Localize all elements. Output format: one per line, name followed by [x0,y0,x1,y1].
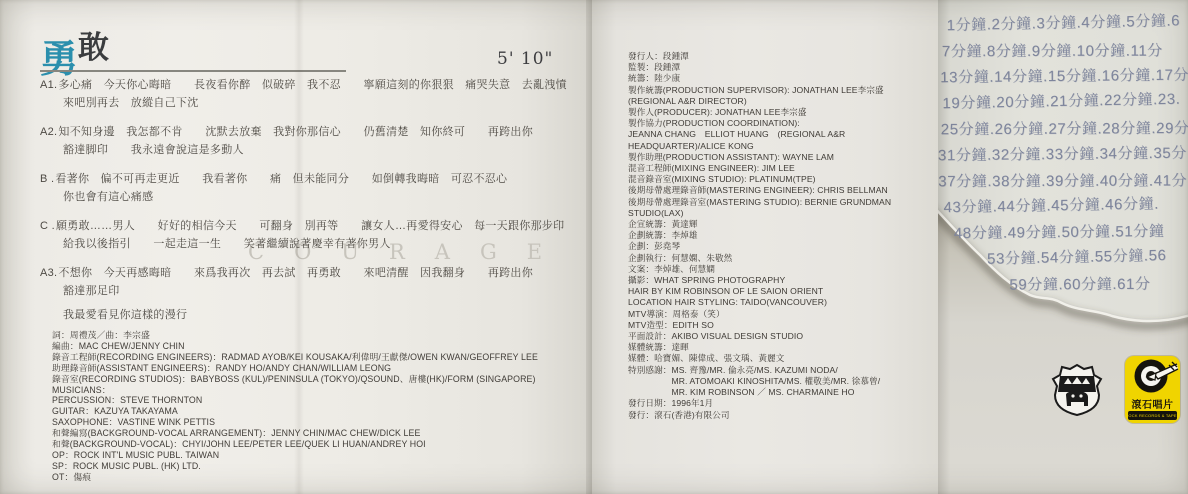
rock-records-logo: 滾石唱片 ROCK RECORDS & TAPES [1125,356,1180,423]
handwritten-minutes: 1分鐘.2分鐘.3分鐘.4分鐘.5分鐘.67分鐘.8分鐘.9分鐘.10分鐘.11… [938,11,1188,300]
song-title-char-2: 敢 [78,22,109,67]
song-credits: 詞：周禮茂／曲：李宗盛編曲：MAC CHEW/JENNY CHIN錄音工程師(R… [52,330,538,483]
text-line: GUITAR：KAZUYA TAKAYAMA [52,406,538,417]
text-line: 43分鐘.44分鐘.45分鐘.46分鐘. [943,191,1188,221]
text-line: 企劃：彭堯琴 [628,241,891,252]
closing-line: 我最愛看見你這樣的漫行 [63,306,187,322]
text-line: 媒體：哈寶媚、陳偉成、張文瑀、黃麗文 [628,353,891,364]
text-line: 錄音工程師(RECORDING ENGINEERS)：RADMAD AYOB/K… [52,352,538,363]
crest-emblem-logo [1051,362,1103,418]
lyrics-verse: A2.知不知身邊 我怎都不肯 沈默去放棄 我對你那信心 仍舊清楚 知你終可 再跨… [40,123,588,159]
credits-page: 發行人：段鍾潭監製：段鍾潭統籌：陸少康製作統籌(PRODUCTION SUPER… [592,0,938,494]
text-line: HEADQUARTER)/ALICE KONG [628,141,891,152]
text-line: 混音錄音室(MIXING STUDIO): PLATINUM(TPE) [628,174,891,185]
text-line: 企劃統籌：李焯雄 [628,230,891,241]
text-line: 文案：李焯雄、何慧嫻 [628,264,891,275]
rock-records-english-name: ROCK RECORDS & TAPES [1125,413,1179,418]
text-line: MUSICIANS： [52,385,538,396]
text-line: 和聲編寫(BACKGROUND-VOCAL ARRANGEMENT)：JENNY… [52,428,538,439]
lyrics-verse: C .願勇敢……男人 好好的相信今天 可翻身 別再等 讓女人…再愛得安心 每一天… [40,217,588,253]
text-line: MTV導演：周格泰（笑） [628,309,891,320]
text-line: 發行日期：1996年1月 [628,398,891,409]
text-line: 1分鐘.2分鐘.3分鐘.4分鐘.5分鐘.6 [946,8,1186,39]
text-line: SP：ROCK MUSIC PUBL. (HK) LTD. [52,461,538,472]
title-rule [40,70,346,72]
text-line: STUDIO(LAX) [628,208,891,219]
text-line: 錄音室(RECORDING STUDIOS)：BABYBOSS (KUL)/PE… [52,374,538,385]
text-line: 19分鐘.20分鐘.21分鐘.22分鐘.23. [942,87,1187,118]
photo-panel: 1分鐘.2分鐘.3分鐘.4分鐘.5分鐘.67分鐘.8分鐘.9分鐘.10分鐘.11… [938,0,1188,494]
text-line: SAXOPHONE：VASTINE WINK PETTIS [52,417,538,428]
text-line: 統籌：陸少康 [628,73,891,84]
song-title: 勇敢 [40,22,109,77]
album-credits: 發行人：段鍾潭監製：段鍾潭統籌：陸少康製作統籌(PRODUCTION SUPER… [628,51,891,421]
text-line: 企宣統籌：黃達輝 [628,219,891,230]
lyrics-verses: A1.多心痛 今天你心晦暗 長夜看你醉 似破碎 我不忍 寧願這刻的你狠狠 痛哭失… [40,76,588,311]
text-line: 平面設計：AKIBO VISUAL DESIGN STUDIO [628,331,891,342]
text-line: 後期母帶處理錄音師(MASTERING ENGINEER): CHRIS BEL… [628,185,891,196]
lyrics-verse: A1.多心痛 今天你心晦暗 長夜看你醉 似破碎 我不忍 寧願這刻的你狠狠 痛哭失… [40,76,588,112]
text-line: 特別感謝：MS. 齊豫/MR. 倫永亮/MS. KAZUMI NODA/ [628,365,891,376]
text-line: LOCATION HAIR STYLING: TAIDO(VANCOUVER) [628,297,891,308]
text-line: MR. ATOMOAKI KINOSHITA/MS. 權敬美/MR. 徐慕曾/ [628,376,891,387]
text-line: 監製：段鍾潭 [628,62,891,73]
lyrics-page: 勇敢 5' 10" COURAGE A1.多心痛 今天你心晦暗 長夜看你醉 似破… [0,0,592,494]
text-line: JEANNA CHANG ELLIOT HUANG (REGIONAL A&R [628,129,891,140]
text-line: 媒體統籌：達暉 [628,342,891,353]
text-line: OT：傷痕 [52,472,538,483]
text-line: 助理錄音師(ASSISTANT ENGINEERS)：RANDY HO/ANDY… [52,363,538,374]
verse-label: A3. [40,267,57,279]
text-line: 詞：周禮茂／曲：李宗盛 [52,330,538,341]
lyrics-verse: A3.不想你 今天再感晦暗 來爲我再次 再去試 再勇敢 來吧清醒 因我翻身 再跨… [40,264,588,300]
text-line: HAIR BY KIM ROBINSON OF LE SAION ORIENT [628,286,891,297]
verse-label: C . [40,220,55,232]
text-line: 攝影：WHAT SPRING PHOTOGRAPHY [628,275,891,286]
text-line: 和聲(BACKGROUND-VOCAL)：CHYI/JOHN LEE/PETER… [52,439,538,450]
text-line: 發行：滾石(香港)有限公司 [628,410,891,421]
lyrics-verse: B .看著你 偏不可再走更近 我看著你 痛 但未能同分 如倒轉我晦暗 可忍不忍心… [40,170,588,206]
rock-target-arrow-icon [1125,356,1180,396]
text-line: 製作統籌(PRODUCTION SUPERVISOR): JONATHAN LE… [628,85,891,96]
text-line: 59分鐘.60分鐘.61分 [1009,272,1188,299]
text-line: 7分鐘.8分鐘.9分鐘.10分鐘.11分 [942,38,1187,65]
verse-label: B . [40,173,54,185]
text-line: MTV造型：EDITH SO [628,320,891,331]
text-line: MR. KIM ROBINSON ／ MS. CHARMAINE HO [628,387,891,398]
text-line: 製作助理(PRODUCTION ASSISTANT): WAYNE LAM [628,152,891,163]
text-line: 企劃執行：何慧嫻、朱敬然 [628,253,891,264]
text-line: 發行人：段鍾潭 [628,51,891,62]
text-line: 編曲：MAC CHEW/JENNY CHIN [52,341,538,352]
text-line: (REGIONAL A&R DIRECTOR) [628,96,891,107]
text-line: PERCUSSION：STEVE THORNTON [52,395,538,406]
text-line: 53分鐘.54分鐘.55分鐘.56 [987,243,1188,273]
rock-records-chinese-name: 滾石唱片 [1125,396,1180,411]
song-duration: 5' 10" [497,49,553,69]
verse-label: A2. [40,126,57,138]
text-line: 製作人(PRODUCER): JONATHAN LEE李宗盛 [628,107,891,118]
booklet-scan: 勇敢 5' 10" COURAGE A1.多心痛 今天你心晦暗 長夜看你醉 似破… [0,0,1188,494]
text-line: 混音工程師(MIXING ENGINEER): JIM LEE [628,163,891,174]
text-line: 31分鐘.32分鐘.33分鐘.34分鐘.35分 [938,141,1188,170]
text-line: OP：ROCK INT'L MUSIC PUBL. TAIWAN [52,450,538,461]
rock-records-bar: ROCK RECORDS & TAPES [1128,411,1177,420]
text-line: 製作協力(PRODUCTION COORDINATION): [628,118,891,129]
verse-label: A1. [40,79,57,91]
text-line: 25分鐘.26分鐘.27分鐘.28分鐘.29分 [941,116,1188,143]
text-line: 後期母帶處理錄音室(MASTERING STUDIO): BERNIE GRUN… [628,197,891,208]
song-title-char-1: 勇 [40,28,78,83]
